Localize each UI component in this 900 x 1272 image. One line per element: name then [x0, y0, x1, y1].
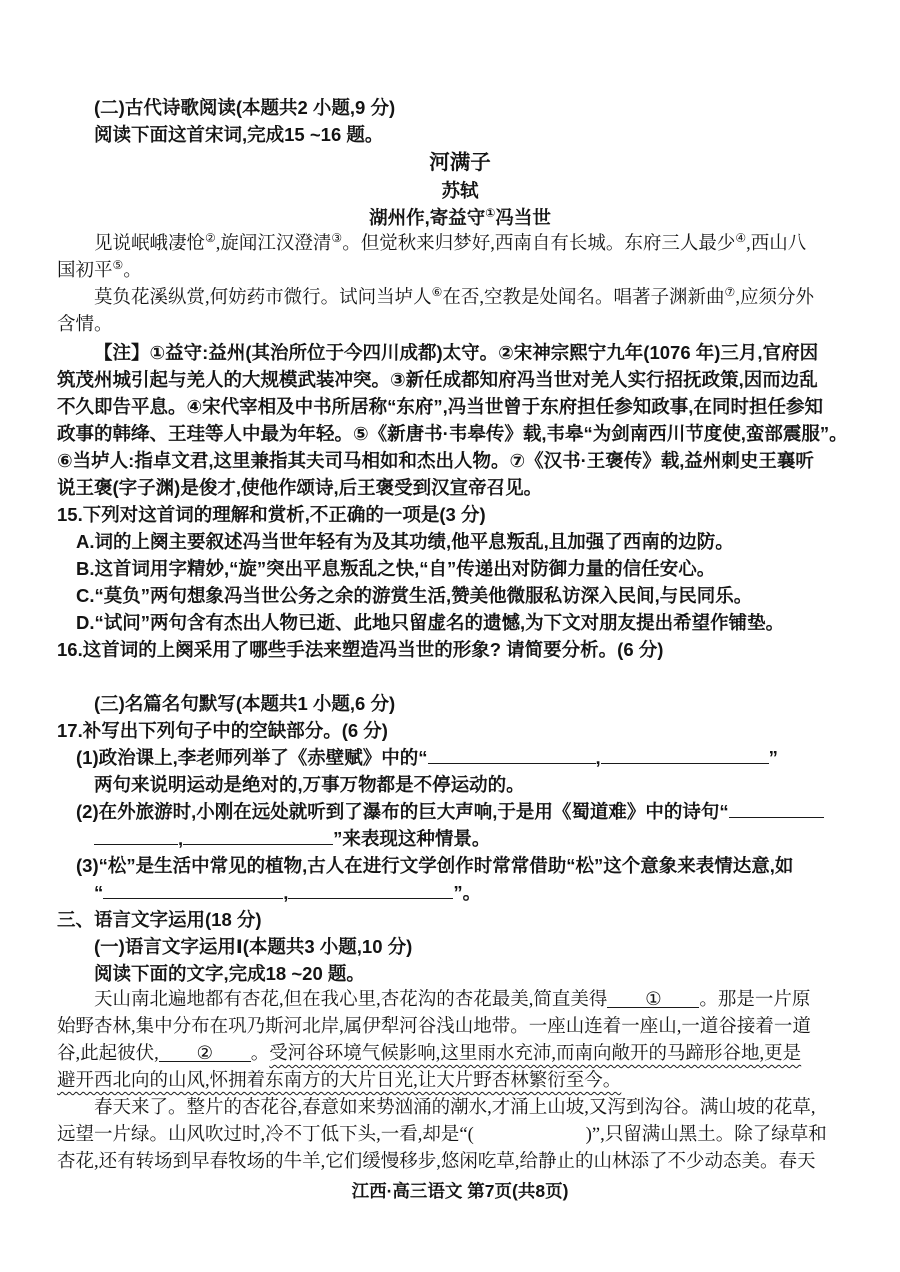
passage-text: 。那是一片原 [699, 990, 810, 1010]
q17-item1-cont: 两句来说明运动是绝对的,万事万物都是不停运动的。 [57, 771, 863, 798]
passage-text: 谷,此起彼伏, [57, 1044, 159, 1064]
passage-line: 杏花,还有转场到早春牧场的牛羊,它们缓慢移步,悠闲吃草,给静止的山林添了不少动态… [57, 1149, 863, 1176]
passage-line: 远望一片绿。山风吹过时,冷不丁低下头,一看,却是“()”,只留满山黑土。除了绿草… [57, 1122, 863, 1149]
q17-item3-close-quote: ”。 [453, 882, 481, 903]
lang-sub-heading: (一)语言文字运用Ⅰ(本题共3 小题,10 分) [57, 933, 863, 960]
note-line: 【注】①益守:益州(其治所位于今四川成都)太守。②宋神宗熙宁九年(1076 年)… [57, 339, 863, 366]
q17-stem: 17.补写出下列句子中的空缺部分。(6 分) [57, 717, 863, 744]
q17-item2: (2)在外旅游时,小刚在远处就听到了瀑布的巨大声响,于是用《蜀道难》中的诗句“ [57, 798, 863, 825]
numbered-blank-2: ② [159, 1041, 251, 1062]
q17-item1: (1)政治课上,李老师列举了《赤壁赋》中的“,” [57, 744, 863, 771]
answer-blank [103, 881, 283, 899]
poem-dedication: 湖州作,寄益守①冯当世 [57, 204, 863, 231]
poem-title: 河满子 [57, 148, 863, 177]
note-line: ⑥当垆人:指卓文君,这里兼指其夫司马相如和杰出人物。⑦《汉书·王褒传》载,益州刺… [57, 447, 863, 474]
answer-blank [428, 746, 596, 764]
q15-stem: 15.下列对这首词的理解和赏析,不正确的一项是(3 分) [57, 501, 863, 528]
q16-stem: 16.这首词的上阕采用了哪些手法来塑造冯当世的形象? 请简要分析。(6 分) [57, 636, 863, 663]
passage-line: 谷,此起彼伏,②。受河谷环境气候影响,这里雨水充沛,而南向敞开的马蹄形谷地,更是 [57, 1041, 863, 1068]
passage-text: 。 [251, 1044, 270, 1064]
q15-option-b: B.这首词用字精妙,“旋”突出平息叛乱之快,“自”传递出对防御力量的信任安心。 [57, 555, 863, 582]
poem-line: 莫负花溪纵赏,何妨药市微行。试问当垆人⑥在否,空教是处闻名。唱著子渊新曲⑦,应须… [57, 285, 863, 312]
wavy-underlined-text: 避开西北向的山风,怀拥着东南方的大片日光,让大片野杏林繁衍至今。 [57, 1071, 621, 1091]
poem-line: 含情。 [57, 312, 863, 339]
passage-line: 天山南北遍地都有杏花,但在我心里,杏花沟的杏花最美,简直美得①。那是一片原 [57, 987, 863, 1014]
q17-item2-close: ”来表现这种情景。 [333, 828, 490, 849]
passage-line: 避开西北向的山风,怀拥着东南方的大片日光,让大片野杏林繁衍至今。 [57, 1068, 863, 1095]
section2-heading: (二)古代诗歌阅读(本题共2 小题,9 分) [57, 94, 863, 121]
lang-section-heading: 三、语言文字运用(18 分) [57, 906, 863, 933]
section2-intro: 阅读下面这首宋词,完成15 ~16 题。 [57, 121, 863, 148]
q17-item2-pre: (2)在外旅游时,小刚在远处就听到了瀑布的巨大声响,于是用《蜀道难》中的诗句“ [76, 801, 729, 822]
q17-item2-cont: ,”来表现这种情景。 [57, 825, 863, 852]
q17-item3-open-quote: “ [94, 882, 103, 903]
section3-heading: (三)名篇名句默写(本题共1 小题,6 分) [57, 690, 863, 717]
poem-line: 见说岷峨凄怆②,旋闻江汉澄清③。但觉秋来归梦好,西南自有长城。东府三人最少④,西… [57, 231, 863, 258]
wavy-underlined-text: 受河谷环境气候影响,这里雨水充沛,而南向敞开的马蹄形谷地,更是 [269, 1044, 801, 1064]
q15-option-a: A.词的上阕主要叙述冯当世年轻有为及其功绩,他平息叛乱,且加强了西南的边防。 [57, 528, 863, 555]
q17-item3-cont: “,”。 [57, 879, 863, 906]
answer-blank [601, 746, 769, 764]
poem-author: 苏轼 [57, 177, 863, 204]
note-line: 说王褒(字子渊)是俊才,使他作颂诗,后王褒受到汉宣帝召见。 [57, 474, 863, 501]
note-line: 筑茂州城引起与羌人的大规模武装冲突。③新任成都知府冯当世对羌人实行招抚政策,因而… [57, 366, 863, 393]
exam-page: (二)古代诗歌阅读(本题共2 小题,9 分) 阅读下面这首宋词,完成15 ~16… [0, 0, 900, 1272]
passage-line: 始野杏林,集中分布在巩乃斯河北岸,属伊犁河谷浅山地带。一座山连着一座山,一道谷接… [57, 1014, 863, 1041]
q17-item1-close-quote: ” [769, 747, 778, 768]
answer-blank [288, 881, 453, 899]
q15-option-c: C.“莫负”两句想象冯当世公务之余的游赏生活,赞美他微服私访深入民间,与民同乐。 [57, 582, 863, 609]
note-line: 政事的韩绛、王珪等人中最为年轻。⑤《新唐书·韦皋传》载,韦皋“为剑南西川节度使,… [57, 420, 863, 447]
page-content: (二)古代诗歌阅读(本题共2 小题,9 分) 阅读下面这首宋词,完成15 ~16… [57, 94, 863, 1176]
answer-blank [94, 827, 178, 845]
passage-text: 远望一片绿。山风吹过时,冷不丁低下头,一看,却是“( [57, 1125, 474, 1145]
note-line: 不久即告平息。④宋代宰相及中书所居称“东府”,冯当世曾于东府担任参知政事,在同时… [57, 393, 863, 420]
section-gap [57, 663, 863, 690]
poem-line: 国初平⑤。 [57, 258, 863, 285]
answer-blank [729, 800, 824, 818]
passage-line: 春天来了。整片的杏花谷,春意如来势汹涌的潮水,才涌上山坡,又泻到沟谷。满山坡的花… [57, 1095, 863, 1122]
lang-intro: 阅读下面的文字,完成18 ~20 题。 [57, 960, 863, 987]
passage-text: 天山南北遍地都有杏花,但在我心里,杏花沟的杏花最美,简直美得 [94, 990, 607, 1010]
passage-text: )”,只留满山黑土。除了绿草和 [586, 1125, 827, 1145]
numbered-blank-1: ① [607, 987, 699, 1008]
q17-item3: (3)“松”是生活中常见的植物,古人在进行文学创作时常常借助“松”这个意象来表情… [57, 852, 863, 879]
page-footer: 江西·高三语文 第7页(共8页) [57, 1178, 863, 1203]
answer-blank [183, 827, 333, 845]
q15-option-d: D.“试问”两句含有杰出人物已逝、此地只留虚名的遗憾,为下文对朋友提出希望作铺垫… [57, 609, 863, 636]
q17-item1-pre: (1)政治课上,李老师列举了《赤壁赋》中的“ [76, 747, 428, 768]
